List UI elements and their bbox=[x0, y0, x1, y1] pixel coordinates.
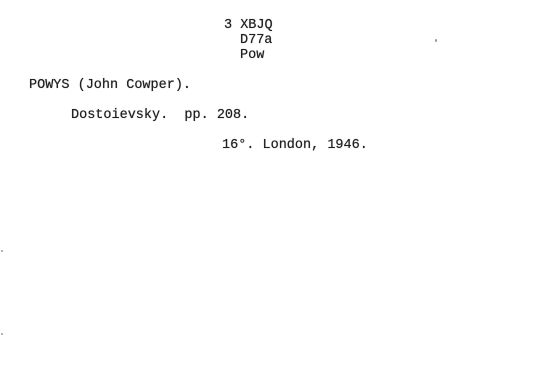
scan-speck bbox=[1, 333, 3, 335]
catalog-card: 3 XBJQ D77a Pow POWYS (John Cowper). Dos… bbox=[0, 0, 550, 374]
call-number-line-2: D77a bbox=[240, 33, 272, 49]
call-number-line-3: Pow bbox=[240, 48, 264, 64]
imprint: 16°. London, 1946. bbox=[222, 138, 368, 154]
title-statement: Dostoievsky. pp. 208. bbox=[71, 108, 249, 124]
author-heading: POWYS (John Cowper). bbox=[29, 78, 191, 94]
call-number-line-1: 3 XBJQ bbox=[224, 18, 273, 34]
scan-speck bbox=[435, 39, 437, 42]
scan-speck bbox=[1, 250, 3, 252]
